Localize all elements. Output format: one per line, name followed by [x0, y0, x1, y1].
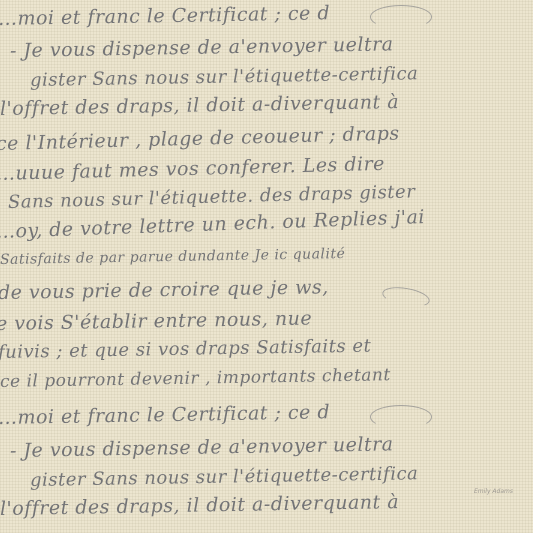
handwritten-line: ce il pourront devenir , importants chet… — [0, 365, 391, 392]
flourish-loop — [381, 284, 431, 310]
handwritten-line: l'offret des draps, il doit a-diverquant… — [0, 491, 399, 520]
handwriting-pattern: …moi et franc le Certificat ; ce d- Je v… — [0, 0, 533, 533]
handwritten-line: - Je vous dispense de a'envoyer ueltra — [10, 33, 394, 62]
handwritten-line: fuivis ; et que si vos draps Satisfaits … — [0, 335, 371, 363]
handwritten-line: Satisfaits de par parue dundante Je ic q… — [0, 246, 345, 268]
handwritten-line: e vois S'établir entre nous, nue — [0, 307, 312, 335]
handwritten-line: …oy, de votre lettre un ech. ou Replies … — [0, 206, 425, 243]
handwritten-line: gister Sans nous sur l'étiquette-certifi… — [30, 63, 419, 91]
artist-signature: Emily Adams — [474, 488, 513, 495]
handwritten-line: …moi et franc le Certificat ; ce d — [0, 401, 330, 429]
flourish-loop — [370, 5, 432, 29]
handwritten-line: …moi et franc le Certificat ; ce d — [0, 2, 330, 30]
handwritten-line: ce l'Intérieur , plage de ceoueur ; drap… — [0, 122, 400, 155]
handwritten-line: gister Sans nous sur l'étiquette-certifi… — [30, 463, 419, 491]
handwritten-line: - Je vous dispense de a'envoyer ueltra — [10, 433, 394, 462]
handwritten-line: l'offret des draps, il doit a-diverquant… — [0, 91, 399, 120]
handwritten-line: …uuue faut mes vos conferer. Les dire — [0, 153, 385, 185]
flourish-loop — [370, 405, 432, 429]
handwritten-line: de vous prie de croire que je ws, — [0, 276, 329, 304]
